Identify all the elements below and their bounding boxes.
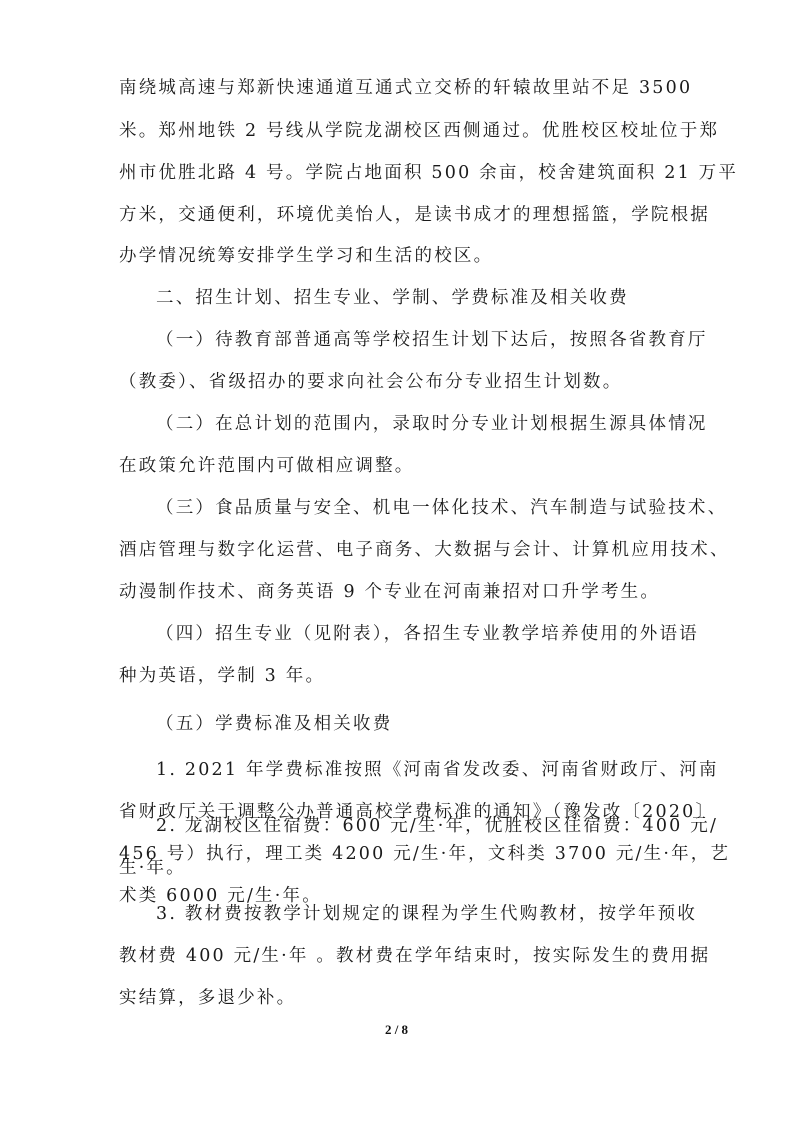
paragraph-line: 方米，交通便利，环境优美怡人，是读书成才的理想摇篮，学院根据 — [119, 205, 674, 225]
paragraph-line: 实结算，多退少补。 — [119, 988, 674, 1008]
paragraph-line: （三）食品质量与安全、机电一体化技术、汽车制造与试验技术、 — [156, 498, 674, 518]
paragraph-line: 种为英语，学制 3 年。 — [119, 666, 674, 686]
paragraph-line: 在政策允许范围内可做相应调整。 — [119, 456, 674, 476]
paragraph-line: 酒店管理与数字化运营、电子商务、大数据与会计、计算机应用技术、 — [119, 540, 674, 560]
paragraph-line: 米。郑州地铁 2 号线从学院龙湖校区西侧通过。优胜校区校址位于郑 — [119, 121, 674, 141]
paragraph-line: 教材费 400 元/生·年 。教材费在学年结束时，按实际发生的费用据 — [119, 946, 674, 966]
paragraph-line: 3. 教材费按教学计划规定的课程为学生代购教材，按学年预收 — [156, 904, 674, 924]
paragraph-line: 动漫制作技术、商务英语 9 个专业在河南兼招对口升学考生。 — [119, 582, 674, 602]
paragraph-line: 术类 6000 元/生·年。 — [119, 886, 674, 906]
paragraph-line: 生·年。 — [119, 858, 674, 878]
paragraph-line: （二）在总计划的范围内，录取时分专业计划根据生源具体情况 — [156, 414, 674, 434]
paragraph-line: 1. 2021 年学费标准按照《河南省发改委、河南省财政厅、河南 — [156, 760, 674, 780]
paragraph-line: 办学情况统筹安排学生学习和生活的校区。 — [119, 246, 674, 266]
paragraph-line: 南绕城高速与郑新快速通道互通式立交桥的轩辕故里站不足 3500 — [119, 78, 674, 98]
paragraph-line: 州市优胜北路 4 号。学院占地面积 500 余亩，校舍建筑面积 21 万平 — [119, 163, 674, 183]
paragraph-line: （教委）、省级招办的要求向社会公布分专业招生计划数。 — [119, 372, 674, 392]
paragraph-line: （四）招生专业（见附表），各招生专业教学培养使用的外语语 — [156, 624, 674, 644]
paragraph-line: （一）待教育部普通高等学校招生计划下达后，按照各省教育厅 — [156, 330, 674, 350]
document-page: 南绕城高速与郑新快速通道互通式立交桥的轩辕故里站不足 3500 米。郑州地铁 2… — [0, 0, 793, 1122]
section-heading: 二、招生计划、招生专业、学制、学费标准及相关收费 — [156, 288, 674, 308]
subsection-heading: （五）学费标准及相关收费 — [156, 714, 674, 734]
paragraph-line: 2. 龙湖校区住宿费：600 元/生·年，优胜校区住宿费：400 元/ — [156, 816, 674, 836]
page-number: 2 / 8 — [0, 1022, 793, 1038]
